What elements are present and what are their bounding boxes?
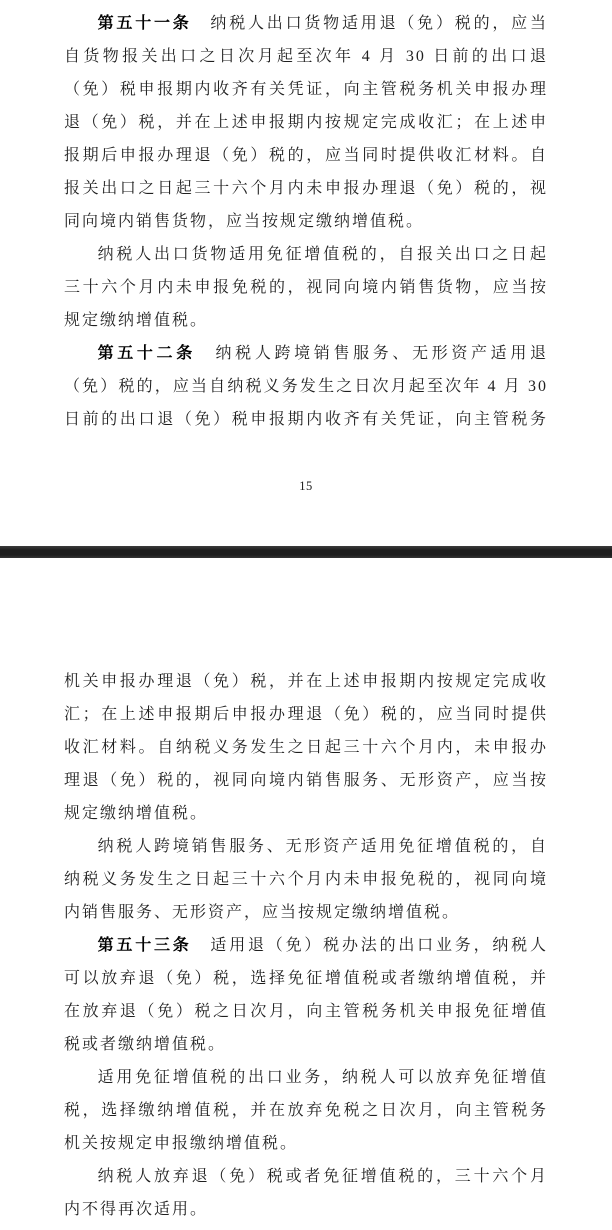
text-line: （免）税的，应当自纳税义务发生之日次月起至次年 4 月 30 xyxy=(64,370,548,403)
page-text: 第五十一条 纳税人出口货物适用退（免）税的，应当自货物报关出口之日次月起至次年 … xyxy=(64,7,548,436)
text-line: 税或者缴纳增值税。 xyxy=(64,1028,548,1061)
article-number: 第五十三条 xyxy=(98,937,192,954)
text-line: 理退（免）税的，视同向境内销售服务、无形资产，应当按 xyxy=(64,764,548,797)
text-line: 报关出口之日起三十六个月内未申报办理退（免）税的，视 xyxy=(64,172,548,205)
text-line: 可以放弃退（免）税，选择免征增值税或者缴纳增值税，并 xyxy=(64,962,548,995)
text-line: 第五十二条 纳税人跨境销售服务、无形资产适用退 xyxy=(64,337,548,370)
page-1: 第五十一条 纳税人出口货物适用退（免）税的，应当自货物报关出口之日次月起至次年 … xyxy=(0,0,612,546)
text-line: 机关申报办理退（免）税，并在上述申报期内按规定完成收 xyxy=(64,665,548,698)
text-line: 三十六个月内未申报免税的，视同向境内销售货物，应当按 xyxy=(64,271,548,304)
text-line: 机关按规定申报缴纳增值税。 xyxy=(64,1127,548,1160)
page-number: 15 xyxy=(64,478,548,494)
page-text: 机关申报办理退（免）税，并在上述申报期内按规定完成收汇；在上述申报期后申报办理退… xyxy=(64,665,548,1226)
text-line: 规定缴纳增值税。 xyxy=(64,304,548,337)
text-line: 纳税人跨境销售服务、无形资产适用免征增值税的，自 xyxy=(64,830,548,863)
article-number: 第五十二条 xyxy=(98,345,196,362)
page-separator xyxy=(0,546,612,558)
text-line: 内销售服务、无形资产，应当按规定缴纳增值税。 xyxy=(64,896,548,929)
text-line: 日前的出口退（免）税申报期内收齐有关凭证，向主管税务 xyxy=(64,403,548,436)
page-2: 机关申报办理退（免）税，并在上述申报期内按规定完成收汇；在上述申报期后申报办理退… xyxy=(0,558,612,1230)
text-line: 汇；在上述申报期后申报办理退（免）税的，应当同时提供 xyxy=(64,698,548,731)
text-line: 在放弃退（免）税之日次月，向主管税务机关申报免征增值 xyxy=(64,995,548,1028)
text-line: 内不得再次适用。 xyxy=(64,1193,548,1226)
text-line: 自货物报关出口之日次月起至次年 4 月 30 日前的出口退 xyxy=(64,40,548,73)
text-line: 纳税人放弃退（免）税或者免征增值税的，三十六个月 xyxy=(64,1160,548,1193)
text-line: 税，选择缴纳增值税，并在放弃免税之日次月，向主管税务 xyxy=(64,1094,548,1127)
text-line: 收汇材料。自纳税义务发生之日起三十六个月内，未申报办 xyxy=(64,731,548,764)
text-line: 纳税义务发生之日起三十六个月内未申报免税的，视同向境 xyxy=(64,863,548,896)
text-line: 纳税人出口货物适用免征增值税的，自报关出口之日起 xyxy=(64,238,548,271)
text-line: 第五十三条 适用退（免）税办法的出口业务，纳税人 xyxy=(64,929,548,962)
text-line: 同向境内销售货物，应当按规定缴纳增值税。 xyxy=(64,205,548,238)
text-line: 适用免征增值税的出口业务，纳税人可以放弃免征增值 xyxy=(64,1061,548,1094)
text-line: 报期后申报办理退（免）税的，应当同时提供收汇材料。自 xyxy=(64,139,548,172)
text-line: 规定缴纳增值税。 xyxy=(64,797,548,830)
text-line: （免）税申报期内收齐有关凭证，向主管税务机关申报办理 xyxy=(64,73,548,106)
text-line: 第五十一条 纳税人出口货物适用退（免）税的，应当 xyxy=(64,7,548,40)
document-viewport: 第五十一条 纳税人出口货物适用退（免）税的，应当自货物报关出口之日次月起至次年 … xyxy=(0,0,612,1230)
text-line: 退（免）税，并在上述申报期内按规定完成收汇；在上述申 xyxy=(64,106,548,139)
article-number: 第五十一条 xyxy=(98,15,192,32)
